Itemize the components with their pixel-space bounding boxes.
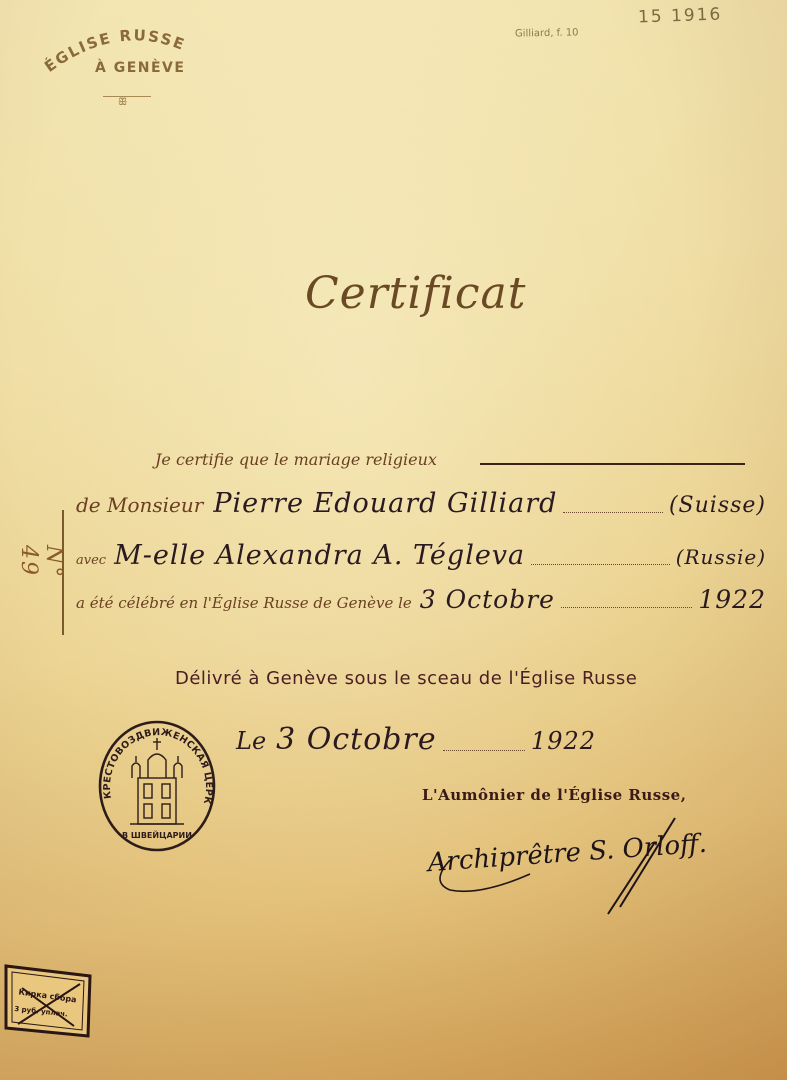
delivery-dots — [443, 749, 525, 751]
groom-nationality: (Suisse) — [669, 493, 766, 518]
delivery-date-label: Le — [236, 727, 266, 755]
signatory-title: L'Aumônier de l'Église Russe, — [422, 786, 686, 804]
celebration-row: a été célébré en l'Église Russe de Genèv… — [76, 585, 766, 614]
celebration-label: a été célébré en l'Église Russe de Genèv… — [76, 594, 412, 612]
bride-row: avec M-elle Alexandra A. Tégleva (Russie… — [76, 540, 766, 571]
delivery-date-row: Le 3 Octobre 1922 — [236, 722, 596, 757]
bride-label: avec — [76, 553, 106, 568]
signature: Archiprêtre S. Orloff. — [420, 812, 710, 922]
celebration-year: 1922 — [698, 585, 766, 614]
bride-dots — [531, 563, 670, 565]
letterhead-arc: ÉGLISE RUSSE — [20, 10, 240, 90]
church-seal: КРЕСТОВОЗДВИЖЕНСКАЯ ЦЕРКОВЬ В ШВЕЙЦАРИИ — [96, 716, 218, 852]
bride-nationality: (Russie) — [676, 545, 766, 569]
archive-number: 15 1916 — [638, 5, 723, 28]
signature-text: Archiprêtre S. Orloff. — [425, 829, 708, 879]
letterhead-subtitle: À GENÈVE — [95, 60, 185, 76]
groom-label: de Monsieur — [76, 493, 203, 517]
certificate-intro: Je certifie que le mariage religieux — [155, 450, 437, 469]
celebration-date: 3 Octobre — [420, 585, 555, 614]
fee-stamp: Кирка сбора 3 руб. уплач. — [4, 962, 92, 1038]
certificate-title: Certificat — [305, 268, 526, 319]
registry-number: N° 49 — [16, 545, 66, 575]
svg-text:КРЕСТОВОЗДВИЖЕНСКАЯ ЦЕРКОВЬ: КРЕСТОВОЗДВИЖЕНСКАЯ ЦЕРКОВЬ — [96, 716, 214, 805]
ornament-icon: ꕥ — [118, 97, 127, 108]
church-seal-icon: КРЕСТОВОЗДВИЖЕНСКАЯ ЦЕРКОВЬ В ШВЕЙЦАРИИ — [96, 716, 218, 852]
bride-name: M-elle Alexandra A. Tégleva — [114, 540, 525, 571]
groom-dots — [563, 511, 663, 513]
signature-icon: Archiprêtre S. Orloff. — [420, 812, 710, 922]
delivery-statement: Délivré à Genève sous le sceau de l'Égli… — [175, 668, 637, 689]
archive-note: Gilliard, f. 10 — [515, 27, 579, 39]
groom-row: de Monsieur Pierre Edouard Gilliard (Sui… — [76, 488, 766, 519]
fee-stamp-icon: Кирка сбора 3 руб. уплач. — [4, 962, 92, 1038]
intro-rule — [480, 463, 745, 465]
seal-bottom-text: В ШВЕЙЦАРИИ — [122, 829, 192, 840]
seal-top-text: КРЕСТОВОЗДВИЖЕНСКАЯ ЦЕРКОВЬ — [96, 716, 214, 805]
delivery-year: 1922 — [531, 727, 596, 755]
celebration-dots — [561, 606, 692, 608]
groom-name: Pierre Edouard Gilliard — [213, 488, 557, 519]
delivery-date: 3 Octobre — [276, 722, 436, 757]
